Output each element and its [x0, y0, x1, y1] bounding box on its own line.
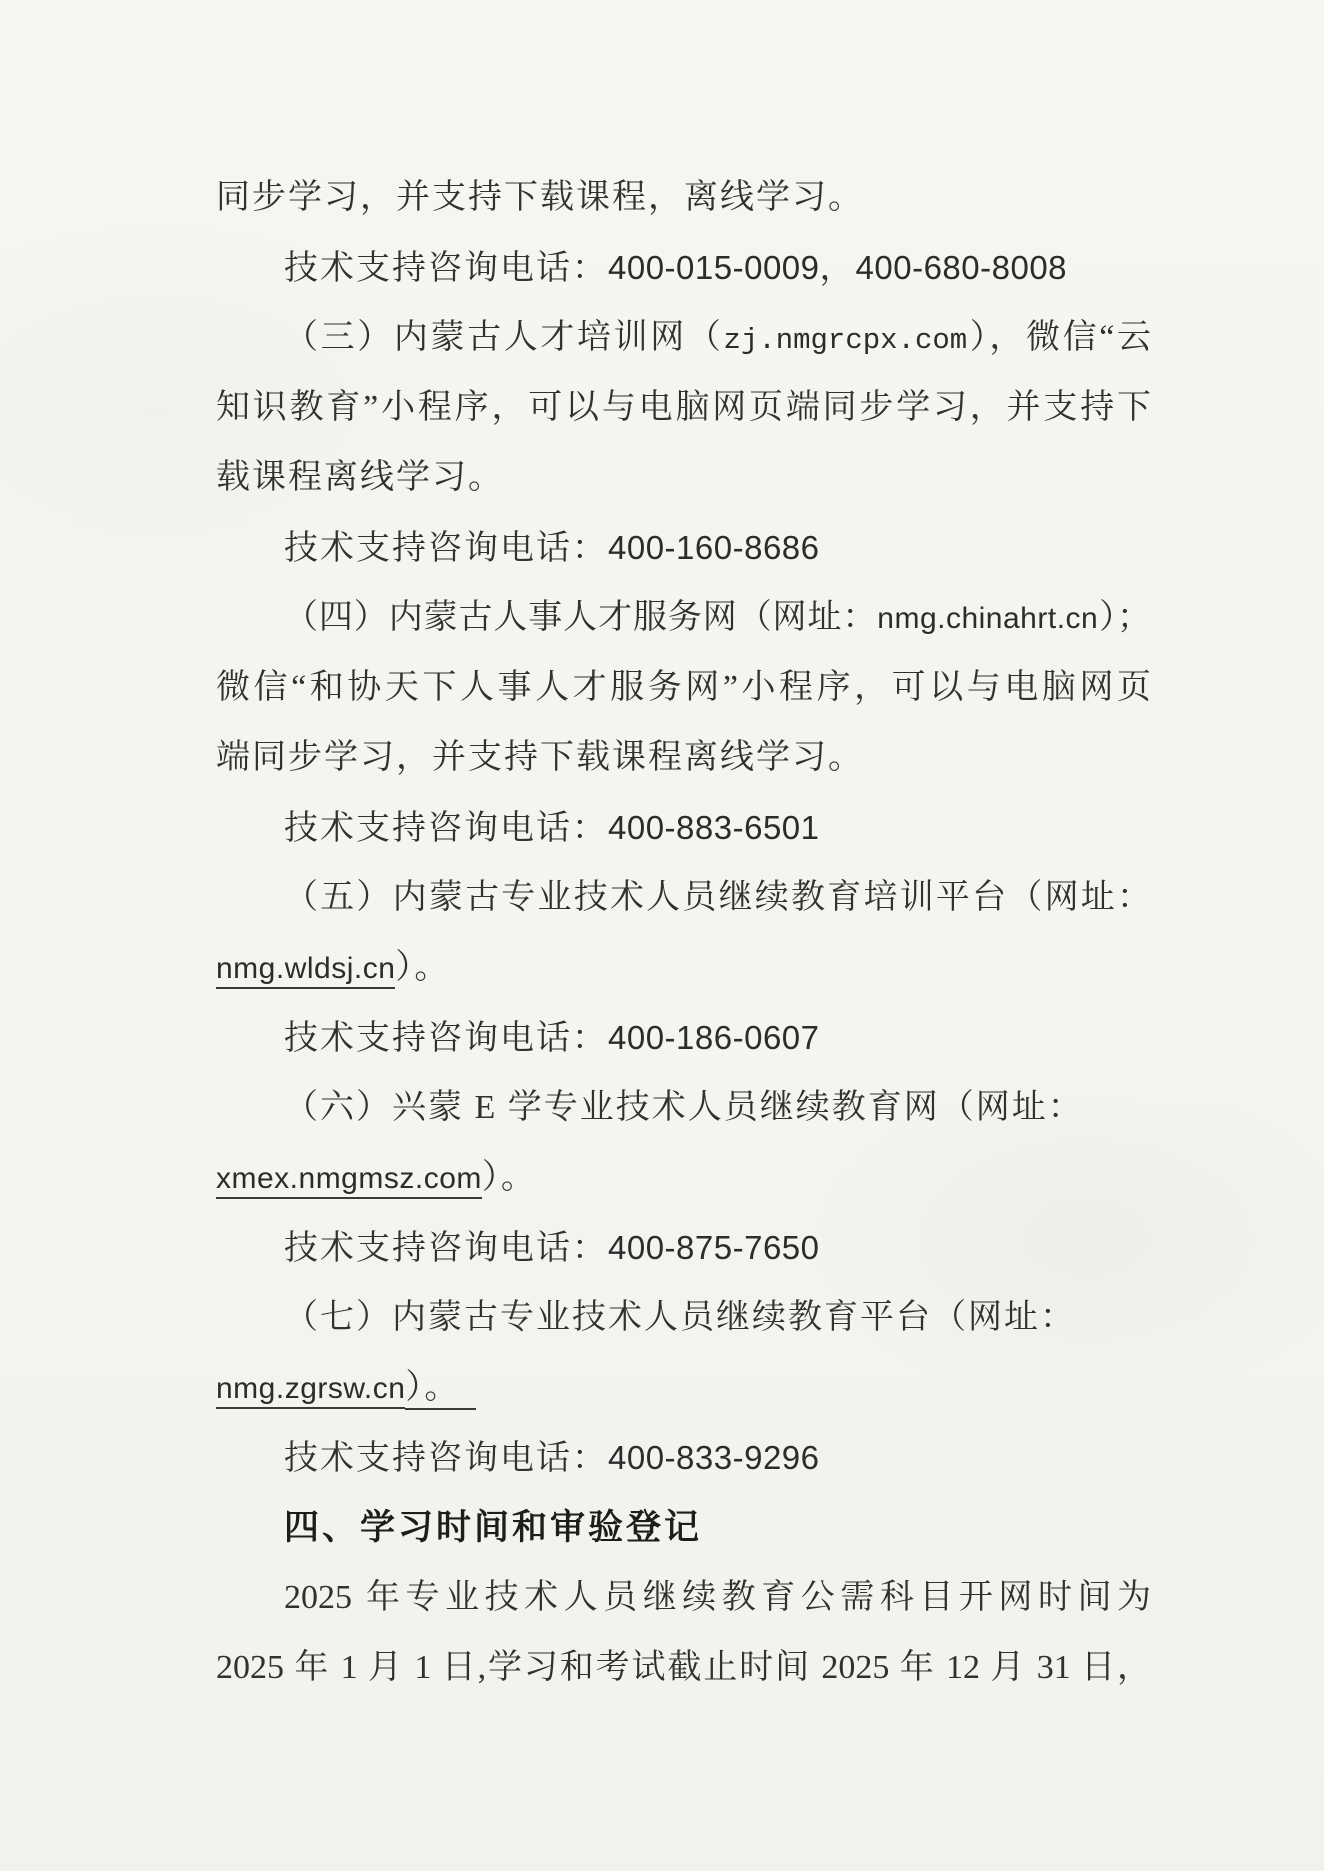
text-run: ），微信“云	[967, 319, 1151, 356]
url-line: nmg.wldsj.cn）。	[216, 933, 1151, 1003]
support-phone-line: 技术支持咨询电话：400-015-0009，400-680-8008	[216, 233, 1151, 303]
text-run: 技术支持咨询电话：	[284, 1020, 608, 1057]
phone-number: 400-160-8686	[608, 529, 820, 566]
text-run: （五）内蒙古专业技术人员继续教育培训平台（网址：	[284, 879, 1151, 916]
platform-3-line: （三）内蒙古人才培训网（zj.nmgrcpx.com），微信“云	[216, 303, 1151, 373]
support-phone-line: 技术支持咨询电话：400-833-9296	[216, 1423, 1151, 1493]
platform-7-line: （七）内蒙古专业技术人员继续教育平台（网址：	[216, 1283, 1151, 1353]
support-phone-line: 技术支持咨询电话：400-160-8686	[216, 513, 1151, 583]
phone-number: 400-833-9296	[608, 1439, 820, 1476]
platform-6-line: （六）兴蒙 E 学专业技术人员继续教育网（网址：	[216, 1073, 1151, 1143]
website-url: nmg.wldsj.cn	[216, 952, 395, 989]
document-body: 同步学习，并支持下载课程，离线学习。技术支持咨询电话：400-015-0009，…	[216, 163, 1151, 1703]
url-line: xmex.nmgmsz.com）。	[216, 1143, 1151, 1213]
website-url: zj.nmgrcpx.com	[724, 324, 968, 357]
text-run: 2025 年专业技术人员继续教育公需科目开网时间为	[284, 1579, 1151, 1616]
platform-4-line: （四）内蒙古人事人才服务网（网址：nmg.chinahrt.cn）；	[216, 583, 1151, 653]
text-run: 技术支持咨询电话：	[284, 250, 608, 287]
section-heading: 四、学习时间和审验登记	[216, 1493, 1151, 1563]
website-url: nmg.chinahrt.cn	[877, 602, 1098, 635]
text-run: 同步学习，并支持下载课程，离线学习。	[216, 179, 864, 216]
phone-number: 400-883-6501	[608, 809, 820, 846]
body-line: 2025 年 1 月 1 日,学习和考试截止时间 2025 年 12 月 31 …	[216, 1633, 1151, 1703]
phone-number: 400-015-0009	[608, 249, 820, 286]
text-run: （七）内蒙古专业技术人员继续教育平台（网址：	[284, 1299, 1076, 1336]
document-page: 同步学习，并支持下载课程，离线学习。技术支持咨询电话：400-015-0009，…	[0, 0, 1324, 1871]
phone-number: 400-186-0607	[608, 1019, 820, 1056]
body-line: 载课程离线学习。	[216, 443, 1151, 513]
support-phone-line: 技术支持咨询电话：400-883-6501	[216, 793, 1151, 863]
support-phone-line: 技术支持咨询电话：400-186-0607	[216, 1003, 1151, 1073]
text-run: 端同步学习，并支持下载课程离线学习。	[216, 739, 864, 776]
body-line-sync-study: 同步学习，并支持下载课程，离线学习。	[216, 163, 1151, 233]
phone-number: 400-680-8008	[856, 249, 1068, 286]
url-line: nmg.zgrsw.cn）。	[216, 1353, 1151, 1423]
website-url: nmg.zgrsw.cn	[216, 1372, 405, 1409]
phone-number: 400-875-7650	[608, 1229, 820, 1266]
text-run: ）；	[1098, 599, 1151, 636]
body-line: 端同步学习，并支持下载课程离线学习。	[216, 723, 1151, 793]
body-line: 2025 年专业技术人员继续教育公需科目开网时间为	[216, 1563, 1151, 1633]
text-run: （六）兴蒙 E 学专业技术人员继续教育网（网址：	[284, 1089, 1084, 1126]
text-run: （三）内蒙古人才培训网（	[284, 319, 724, 356]
platform-5-line: （五）内蒙古专业技术人员继续教育培训平台（网址：	[216, 863, 1151, 933]
text-run: 技术支持咨询电话：	[284, 530, 608, 567]
text-run: ，	[820, 250, 856, 287]
underlined-text-run: ）。	[405, 1369, 476, 1410]
body-line: 知识教育”小程序，可以与电脑网页端同步学习，并支持下	[216, 373, 1151, 443]
text-run: （四）内蒙古人事人才服务网（网址：	[284, 599, 877, 636]
website-url: xmex.nmgmsz.com	[216, 1162, 482, 1199]
text-run: 技术支持咨询电话：	[284, 1230, 608, 1267]
text-run: 微信“和协天下人事人才服务网”小程序，可以与电脑网页	[216, 669, 1151, 706]
heading-text: 四、学习时间和审验登记	[284, 1508, 702, 1547]
text-run: 技术支持咨询电话：	[284, 1440, 608, 1477]
text-run: 知识教育”小程序，可以与电脑网页端同步学习，并支持下	[216, 389, 1151, 426]
support-phone-line: 技术支持咨询电话：400-875-7650	[216, 1213, 1151, 1283]
text-run: 2025 年 1 月 1 日,学习和考试截止时间 2025 年 12 月 31 …	[216, 1649, 1151, 1686]
text-run: 技术支持咨询电话：	[284, 810, 608, 847]
text-run: 载课程离线学习。	[216, 459, 504, 496]
body-line: 微信“和协天下人事人才服务网”小程序，可以与电脑网页	[216, 653, 1151, 723]
text-run: ）。	[482, 1159, 537, 1196]
text-run: ）。	[395, 949, 450, 986]
